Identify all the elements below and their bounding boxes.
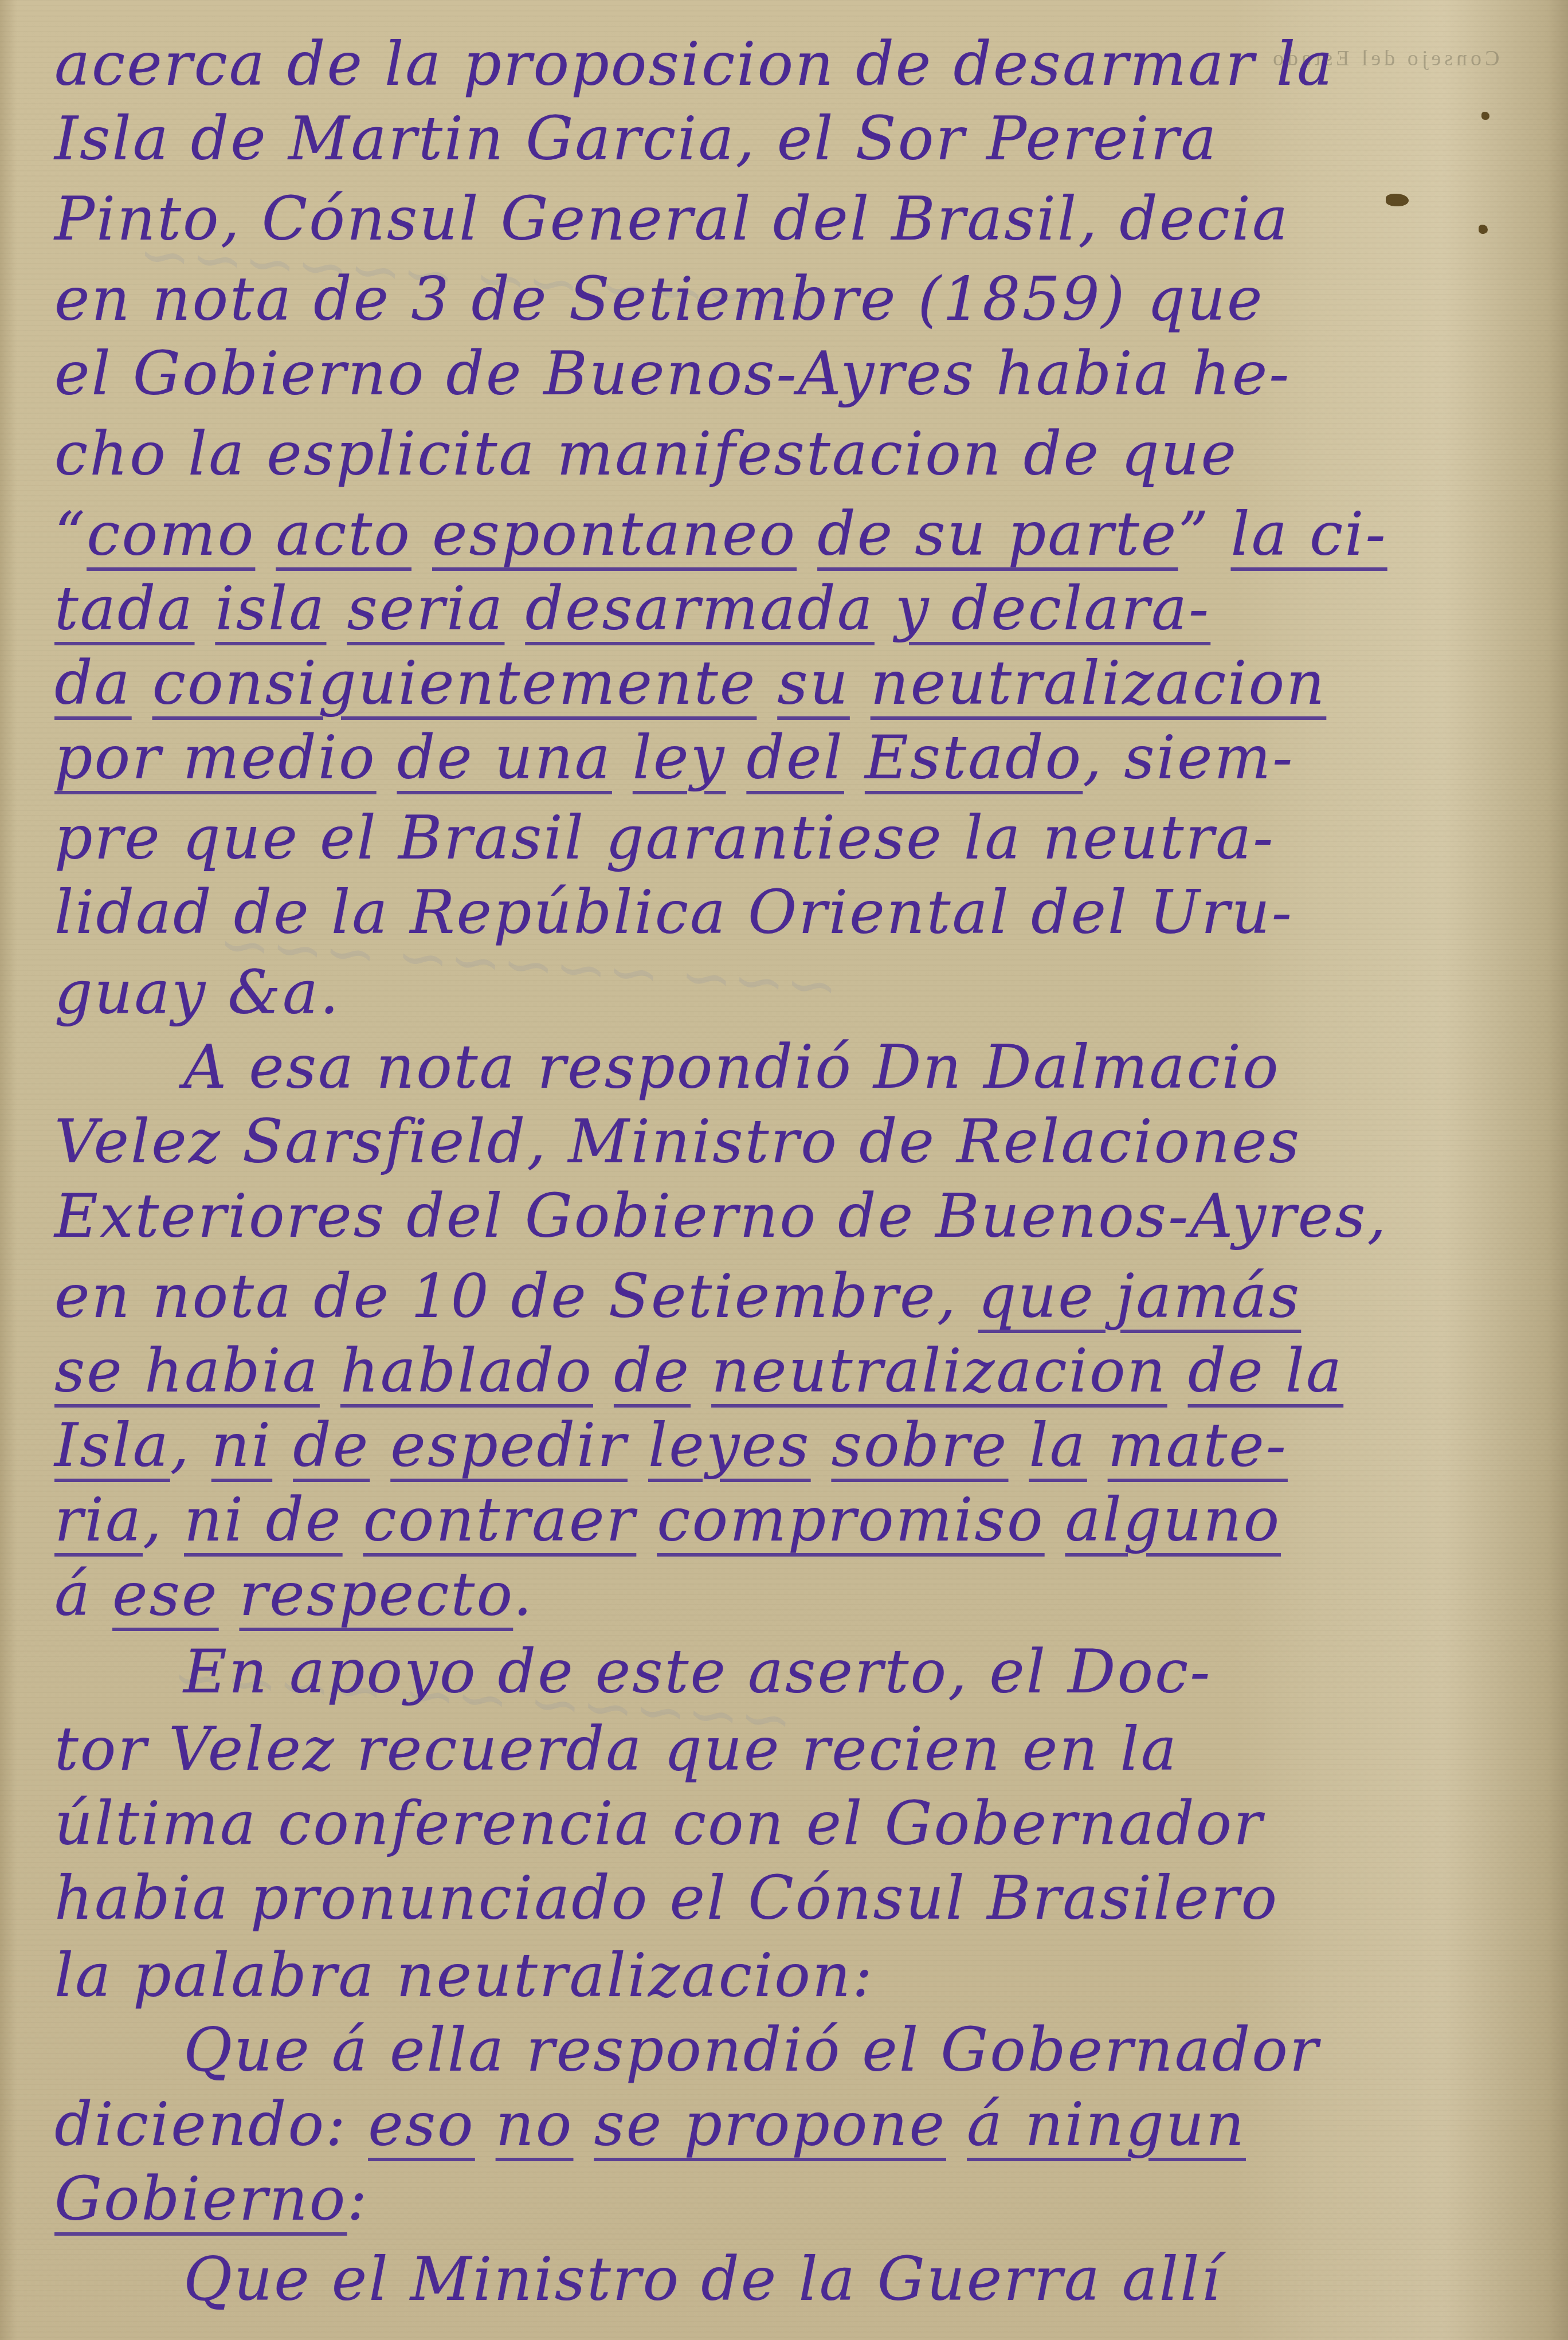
text-segment: , xyxy=(143,1485,184,1555)
text-segment xyxy=(504,574,525,644)
underlined-word: leyes xyxy=(648,1410,810,1480)
text-segment: A esa nota respondió Dn Dalmacio xyxy=(183,1032,1280,1102)
text-segment xyxy=(875,574,895,644)
manuscript-line: Isla de Martin Garcia, el Sor Pereira xyxy=(54,109,1218,168)
underlined-word: ley xyxy=(633,723,726,793)
text-segment xyxy=(628,1410,648,1480)
text-segment: la palabra neutralizacion: xyxy=(54,1941,874,2010)
manuscript-line: el Gobierno de Buenos-Ayres habia he- xyxy=(54,344,1291,403)
text-segment: Que el Ministro de la Guerra allí xyxy=(183,2244,1222,2314)
manuscript-line: tor Velez recuerda que recien en la xyxy=(54,1719,1178,1779)
underlined-word: como xyxy=(87,499,255,569)
manuscript-line: “como acto espontaneo de su parte” la ci… xyxy=(54,504,1387,564)
underlined-word: del xyxy=(746,723,844,793)
text-segment: Velez Sarsfield, Ministro de Relaciones xyxy=(54,1107,1301,1177)
text-segment: En apoyo de este aserto, el Doc- xyxy=(183,1637,1212,1707)
text-segment: cho la esplicita manifestacion de que xyxy=(54,419,1238,489)
manuscript-page: Consejo del Estado ~~~~ ~~ ~~~~~~ ~~~ ~~… xyxy=(0,0,1568,2340)
text-segment xyxy=(1008,1410,1029,1480)
manuscript-line: en nota de 3 de Setiembre (1859) que xyxy=(54,269,1264,329)
text-segment: Isla de Martin Garcia, el Sor Pereira xyxy=(54,104,1218,174)
text-segment: Exteriores del Gobierno de Buenos-Ayres, xyxy=(54,1181,1388,1251)
manuscript-line: Que á ella respondió el Gobernador xyxy=(183,2020,1320,2080)
underlined-word: la ci- xyxy=(1231,499,1387,569)
manuscript-line: última conferencia con el Gobernador xyxy=(54,1794,1264,1853)
text-segment xyxy=(726,723,746,793)
text-segment xyxy=(194,574,215,644)
text-segment: . xyxy=(513,1559,534,1629)
underlined-word: su xyxy=(777,648,849,718)
text-segment: acerca de la proposicion de desarmar la xyxy=(54,29,1334,99)
manuscript-line: diciendo: eso no se propone á ningun xyxy=(54,2095,1246,2154)
manuscript-line: Pinto, Cónsul General del Brasil, decia xyxy=(54,189,1289,249)
text-segment xyxy=(219,1559,240,1629)
text-segment xyxy=(844,723,865,793)
underlined-word: de su parte xyxy=(817,499,1178,569)
manuscript-line: Velez Sarsfield, Ministro de Relaciones xyxy=(54,1112,1301,1171)
text-segment: Que á ella respondió el Gobernador xyxy=(183,2015,1320,2085)
underlined-word: á ningun xyxy=(967,2090,1246,2159)
text-segment xyxy=(636,1485,657,1555)
manuscript-line: acerca de la proposicion de desarmar la xyxy=(54,34,1334,94)
text-segment xyxy=(475,2090,496,2159)
text-segment: á xyxy=(54,1559,112,1629)
text-segment xyxy=(946,2090,967,2159)
underlined-word: respecto xyxy=(240,1559,513,1629)
text-segment: “ xyxy=(54,499,87,569)
text-segment: , xyxy=(170,1410,211,1480)
text-segment: tor Velez recuerda que recien en la xyxy=(54,1714,1178,1784)
underlined-word: isla xyxy=(215,574,326,644)
text-segment xyxy=(377,723,397,793)
underlined-word: que jamás xyxy=(978,1261,1301,1331)
underlined-word: ria xyxy=(54,1485,143,1555)
text-segment: en nota de 3 de Setiembre (1859) que xyxy=(54,264,1264,334)
manuscript-line: la palabra neutralizacion: xyxy=(54,1946,874,2005)
text-segment xyxy=(326,574,347,644)
manuscript-line: da consiguientemente su neutralizacion xyxy=(54,653,1326,713)
underlined-word: ni xyxy=(211,1410,272,1480)
text-segment: diciendo: xyxy=(54,2090,368,2159)
manuscript-line: Que el Ministro de la Guerra allí xyxy=(183,2249,1222,2309)
text-segment xyxy=(797,499,817,569)
text-segment xyxy=(850,648,871,718)
underlined-word: sobre xyxy=(832,1410,1009,1480)
underlined-word: ni de xyxy=(184,1485,342,1555)
manuscript-line: ria, ni de contraer compromiso alguno xyxy=(54,1490,1281,1550)
text-segment xyxy=(1087,1410,1108,1480)
text-segment xyxy=(810,1410,831,1480)
underlined-word: de la xyxy=(1188,1336,1343,1406)
text-segment xyxy=(320,1336,340,1406)
underlined-word: eso xyxy=(368,2090,475,2159)
text-segment xyxy=(132,648,152,718)
underlined-word: hablado xyxy=(340,1336,593,1406)
manuscript-line: por medio de una ley del Estado, siem- xyxy=(54,728,1294,787)
underlined-word: y declara- xyxy=(895,574,1210,644)
text-segment xyxy=(573,2090,594,2159)
text-segment xyxy=(255,499,276,569)
text-segment xyxy=(370,1410,390,1480)
text-segment: , siem- xyxy=(1083,723,1294,793)
text-segment xyxy=(1045,1485,1065,1555)
underlined-word: la xyxy=(1029,1410,1087,1480)
text-segment xyxy=(343,1485,363,1555)
manuscript-line: guay &a. xyxy=(54,963,340,1022)
underlined-word: mate- xyxy=(1108,1410,1288,1480)
manuscript-line: Isla, ni de espedir leyes sobre la mate- xyxy=(54,1416,1288,1475)
underlined-word: ese xyxy=(112,1559,218,1629)
manuscript-line: Exteriores del Gobierno de Buenos-Ayres, xyxy=(54,1186,1388,1246)
underlined-word: compromiso xyxy=(657,1485,1044,1555)
text-segment: última conferencia con el Gobernador xyxy=(54,1789,1264,1859)
text-segment xyxy=(1167,1336,1188,1406)
text-segment: Pinto, Cónsul General del Brasil, decia xyxy=(54,184,1289,254)
underlined-word: desarmada xyxy=(525,574,874,644)
paper-hole xyxy=(1479,225,1488,234)
underlined-word: neutralizacion xyxy=(871,648,1326,718)
text-segment xyxy=(272,1410,293,1480)
text-segment xyxy=(593,1336,614,1406)
text-segment: guay &a. xyxy=(54,958,340,1028)
manuscript-line: se habia hablado de neutralizacion de la xyxy=(54,1341,1343,1401)
underlined-word: consiguientemente xyxy=(152,648,757,718)
text-segment: habia pronunciado el Cónsul Brasilero xyxy=(54,1863,1279,1933)
underlined-word: de xyxy=(614,1336,691,1406)
underlined-word: contraer xyxy=(363,1485,637,1555)
underlined-word: no xyxy=(496,2090,574,2159)
underlined-word: tada xyxy=(54,574,194,644)
manuscript-line: En apoyo de este aserto, el Doc- xyxy=(183,1642,1212,1702)
underlined-word: se habia xyxy=(54,1336,320,1406)
text-segment: el Gobierno de Buenos-Ayres habia he- xyxy=(54,339,1291,409)
manuscript-line: Gobierno: xyxy=(54,2169,369,2229)
underlined-word: da xyxy=(54,648,132,718)
manuscript-line: lidad de la República Oriental del Uru- xyxy=(54,883,1293,942)
underlined-word: Isla xyxy=(54,1410,170,1480)
text-segment xyxy=(691,1336,711,1406)
paper-hole xyxy=(1481,112,1489,120)
text-segment xyxy=(612,723,633,793)
underlined-word: Gobierno xyxy=(54,2164,347,2234)
text-segment: ” xyxy=(1178,499,1230,569)
manuscript-line: pre que el Brasil garantiese la neutra- xyxy=(54,808,1275,868)
manuscript-line: en nota de 10 de Setiembre, que jamás xyxy=(54,1267,1301,1326)
text-segment: pre que el Brasil garantiese la neutra- xyxy=(54,803,1275,873)
underlined-word: espedir xyxy=(390,1410,628,1480)
text-segment xyxy=(411,499,432,569)
paper-hole xyxy=(1386,194,1409,206)
underlined-word: de xyxy=(293,1410,370,1480)
underlined-word: seria xyxy=(347,574,504,644)
underlined-word: espontaneo xyxy=(432,499,797,569)
underlined-word: de una xyxy=(397,723,612,793)
underlined-word: neutralizacion xyxy=(711,1336,1167,1406)
manuscript-line: á ese respecto. xyxy=(54,1565,534,1624)
underlined-word: se propone xyxy=(594,2090,946,2159)
manuscript-line: A esa nota respondió Dn Dalmacio xyxy=(183,1037,1280,1097)
text-segment xyxy=(756,648,777,718)
underlined-word: alguno xyxy=(1065,1485,1281,1555)
text-segment: en nota de 10 de Setiembre, xyxy=(54,1261,978,1331)
manuscript-line: habia pronunciado el Cónsul Brasilero xyxy=(54,1868,1279,1928)
underlined-word: Estado xyxy=(865,723,1083,793)
underlined-word: por medio xyxy=(54,723,377,793)
underlined-word: acto xyxy=(276,499,411,569)
text-segment: lidad de la República Oriental del Uru- xyxy=(54,877,1293,947)
text-segment: : xyxy=(347,2164,369,2234)
manuscript-line: cho la esplicita manifestacion de que xyxy=(54,424,1238,484)
manuscript-line: tada isla seria desarmada y declara- xyxy=(54,579,1210,638)
